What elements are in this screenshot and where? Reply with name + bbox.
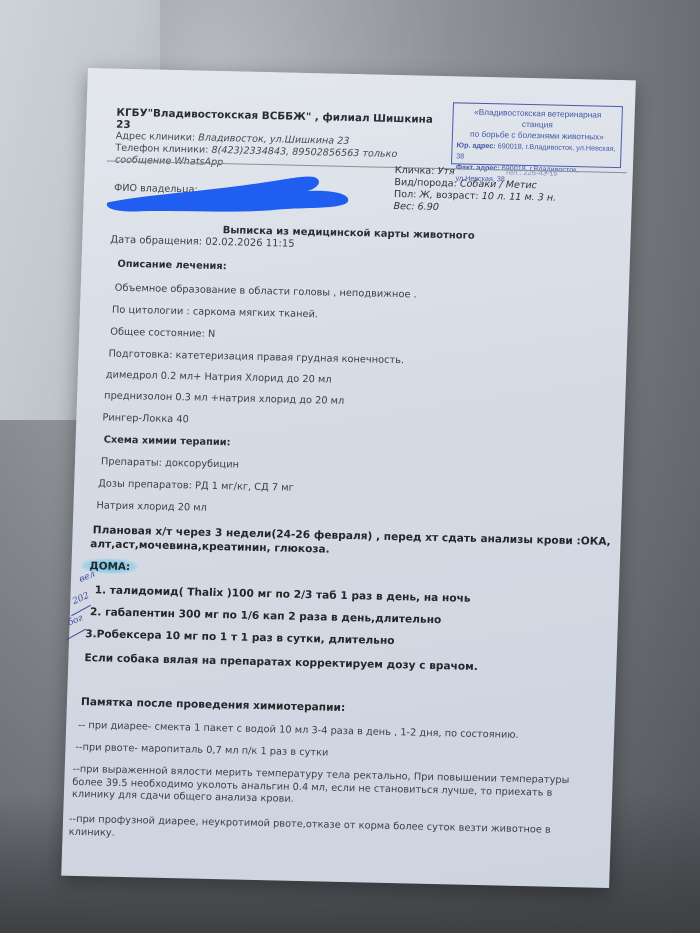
chemo-line: Натрия хлорид 20 мл [96,500,207,514]
home-heading: ДОМА: [89,560,130,573]
treatment-line: Общее состояние: N [110,327,215,340]
handwritten-stroke [66,629,86,640]
home-dose-note: Если собака вялая на препаратах корректи… [84,652,478,673]
treatment-line: димедрол 0.2 мл+ Натрия Хлорид до 20 мл [106,369,332,385]
clinic-address-label: Адрес клиники: [116,131,196,144]
clinic-phone-label: Телефон клиники: [115,143,208,156]
memo-item: --при рвоте- маропиталь 0,7 мл п/к 1 раз… [75,742,328,760]
handwritten-checkmark: 202 [71,591,91,607]
treatment-line: По цитологии : саркома мягких тканей. [112,305,318,321]
chemo-line: Дозы препаратов: РД 1 мг/кг, СД 7 мг [98,478,294,493]
treatment-heading: Описание лечения: [117,259,226,272]
pet-info: Кличка: Утя Вид/порода: Собаки / Метис П… [393,165,557,217]
treatment-line: Рингер-Локка 40 [102,412,189,425]
treatment-line: Подготовка: катетеризация правая грудная… [108,349,404,367]
memo-item: --при профузной диарее, неукротимой рвот… [68,814,551,850]
handwritten-checkmark: вел [78,569,97,585]
home-medication-item: 3.Робексера 10 мг по 1 т 1 раз в сутки, … [85,628,395,647]
clinic-stamp: «Владивостокская ветеринарная станция по… [451,102,623,168]
chemo-heading: Схема химии терапии: [103,434,230,448]
handwritten-checkmark: бог [66,613,84,628]
redaction-scribble [101,168,362,218]
chemo-line: Препараты: доксорубицин [101,456,239,470]
treatment-line: преднизолон 0.3 мл +натрия хлорид до 20 … [104,390,345,406]
memo-item: -- при диарее- смекта 1 пакет с водой 10… [78,720,519,742]
memo-heading: Памятка после проведения химиотерапии: [81,696,346,714]
memo-item: --при выраженной вялости мерить температ… [72,764,570,813]
home-medication-item: 2. габапентин 300 мг по 1/6 кап 2 раза в… [90,606,442,626]
treatment-line: Объемное образование в области головы , … [115,283,417,301]
home-medication-item: 1. талидомид( Thalix )100 мг по 2/3 таб … [94,584,470,605]
medical-record-sheet: КГБУ"Владивостокская ВСББЖ" , филиал Шиш… [61,68,636,888]
